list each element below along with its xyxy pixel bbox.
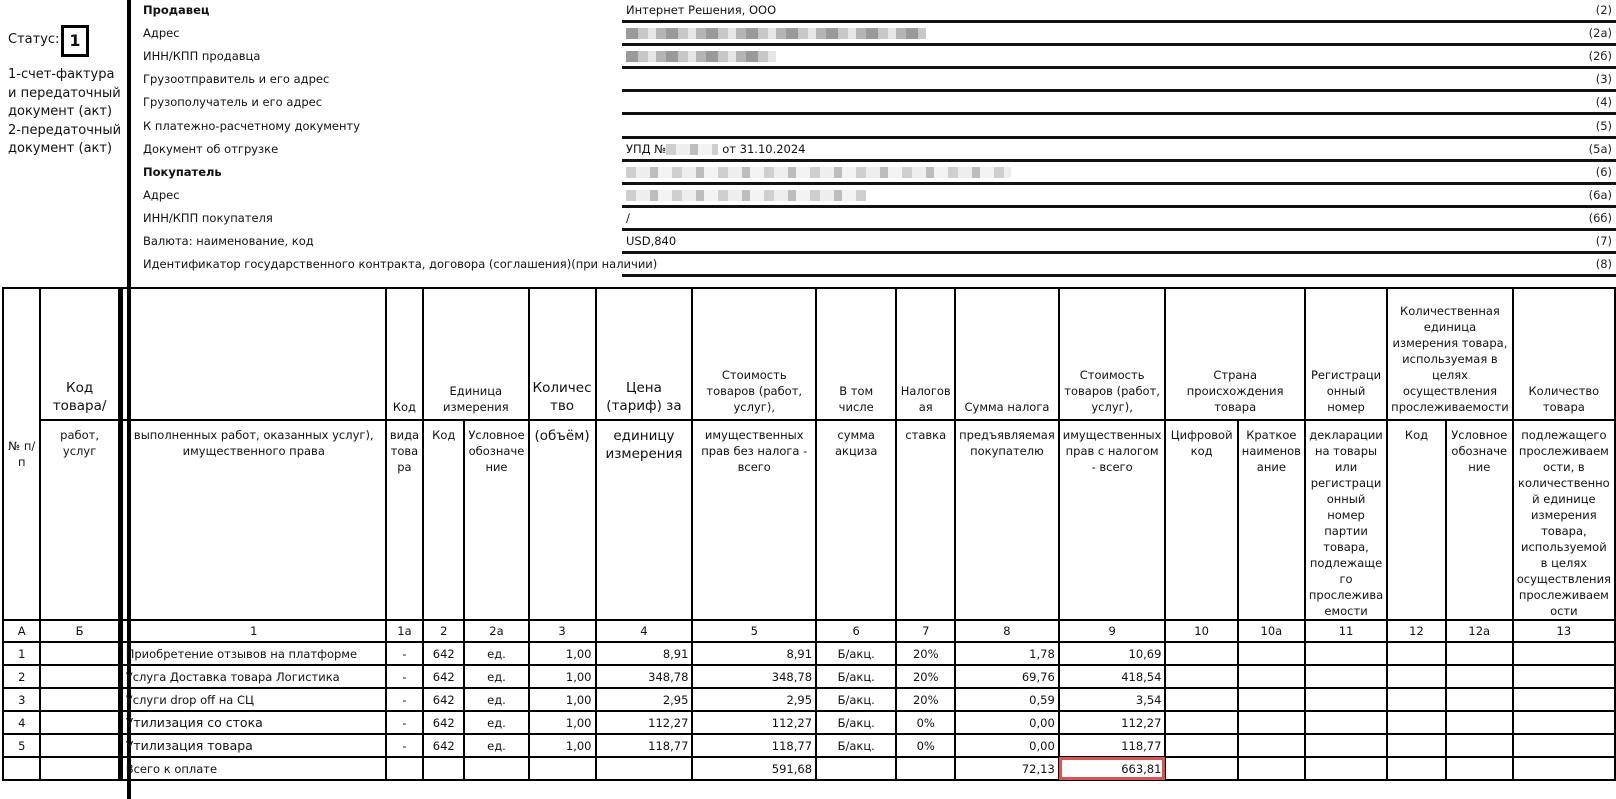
header-field-code: (2б)	[1589, 49, 1612, 63]
table-row: 1Приобретение отзывов на платформе-642ед…	[3, 642, 1615, 665]
header-field-code: (6б)	[1589, 211, 1612, 225]
table-row: 3Услуги drop off на СЦ-642ед.1,002,952,9…	[3, 688, 1615, 711]
cell-empty	[816, 757, 896, 780]
cell-tax: 0,59	[955, 688, 1059, 711]
cell-empty	[1513, 642, 1615, 665]
status-label: Статус:	[8, 32, 59, 47]
cell-name: Утилизация со стока	[120, 711, 386, 734]
cell-qty: 1,00	[529, 688, 596, 711]
cell-code	[40, 711, 120, 734]
totals-row: Всего к оплате591,6872,13663,81	[3, 757, 1615, 780]
header-unit-group: Единица измерения	[423, 288, 528, 420]
cell-empty	[1165, 642, 1237, 665]
header-price-top: Цена (тариф) за	[596, 288, 693, 420]
redacted-value	[626, 190, 866, 201]
header-field-value: Интернет Решения, ООО	[626, 3, 776, 17]
cell-empty	[596, 757, 693, 780]
header-field-label: К платежно-расчетному документу	[143, 119, 360, 133]
cell-empty	[3, 757, 40, 780]
cell-empty	[1513, 734, 1615, 757]
header-field-row: Покупатель(6)	[131, 162, 1616, 186]
header-qty-top: Количес тво	[529, 288, 596, 420]
cell-price: 2,95	[596, 688, 693, 711]
status-description: 1-счет-фактура и передаточный документ (…	[8, 66, 128, 159]
header-country-group: Страна происхождения товара	[1165, 288, 1304, 420]
cell-total: 10,69	[1059, 642, 1166, 665]
cell-code	[40, 688, 120, 711]
cell-excise: Б/акц.	[816, 642, 896, 665]
header-field-label: Документ об отгрузке	[143, 142, 278, 156]
cell-empty	[1238, 734, 1305, 757]
cell-empty	[1387, 642, 1446, 665]
status-desc-line: документ (акт)	[8, 140, 128, 159]
column-number-cell: 1	[120, 620, 386, 642]
header-field-code: (5а)	[1589, 142, 1612, 156]
cell-empty	[1238, 711, 1305, 734]
cell-unit-code: 642	[423, 711, 464, 734]
cell-unit-code: 642	[423, 688, 464, 711]
header-field-row: Валюта: наименование, кодUSD,840(7)	[131, 231, 1616, 255]
cell-empty	[40, 757, 120, 780]
header-field-code: (2)	[1596, 3, 1612, 17]
header-tax-top: Сумма налога	[955, 288, 1059, 420]
redacted-value	[626, 28, 926, 39]
status-value-box: 1	[61, 25, 89, 57]
header-product-code-top: Код товара/	[40, 288, 120, 420]
header-field-row: Документ об отгрузкеУПД №от 31.10.2024(5…	[131, 139, 1616, 163]
cell-rate: 20%	[896, 688, 955, 711]
cell-empty	[1305, 734, 1387, 757]
cell-empty	[1305, 757, 1387, 780]
header-rate-bottom: ставка	[896, 420, 955, 620]
totals-label: Всего к оплате	[120, 757, 386, 780]
header-name-top	[120, 288, 386, 420]
cell-kind: -	[386, 688, 423, 711]
cell-rate: 0%	[896, 711, 955, 734]
header-field-code: (2а)	[1589, 26, 1612, 40]
header-traceqty-bottom: подлежащего прослеживаем ости, в количес…	[1513, 420, 1615, 620]
column-number-cell: 13	[1513, 620, 1615, 642]
header-kind-bottom: вида това ра	[386, 420, 423, 620]
cell-name: Приобретение отзывов на платформе	[120, 642, 386, 665]
header-field-row: Адрес(6а)	[131, 185, 1616, 209]
header-field-row: Грузоотправитель и его адрес(3)	[131, 69, 1616, 93]
cell-unit: ед.	[464, 688, 528, 711]
header-unit-code: Код	[423, 420, 464, 620]
header-field-value	[626, 165, 1011, 179]
cell-empty	[1165, 757, 1237, 780]
cell-unit: ед.	[464, 665, 528, 688]
cell-cost: 8,91	[692, 642, 816, 665]
cell-empty	[1387, 665, 1446, 688]
cell-empty	[1165, 688, 1237, 711]
column-number-cell: 10а	[1238, 620, 1305, 642]
header-field-value	[626, 188, 866, 202]
header-field-row: Идентификатор государственного контракта…	[131, 254, 1616, 278]
status-desc-line: 2-передаточный	[8, 122, 128, 141]
cell-empty	[1446, 642, 1513, 665]
header-country-code: Цифровой код	[1165, 420, 1237, 620]
column-number-cell: 6	[816, 620, 896, 642]
total-cost-without-tax: 591,68	[692, 757, 816, 780]
header-rate-top: Налогов ая	[896, 288, 955, 420]
column-number-cell: Б	[40, 620, 120, 642]
cell-rate: 20%	[896, 642, 955, 665]
total-amount-due: 663,81	[1059, 757, 1166, 780]
cell-excise: Б/акц.	[816, 665, 896, 688]
cell-empty	[1305, 711, 1387, 734]
cell-unit-code: 642	[423, 642, 464, 665]
header-field-code: (7)	[1596, 234, 1612, 248]
column-number-cell: 3	[529, 620, 596, 642]
header-field-label: ИНН/КПП продавца	[143, 49, 260, 63]
column-number-cell: 12	[1387, 620, 1446, 642]
header-trace-code: Код	[1387, 420, 1446, 620]
column-number-cell: А	[3, 620, 40, 642]
table-row: 2Услуга Доставка товара Логистика-642ед.…	[3, 665, 1615, 688]
cell-n: 2	[3, 665, 40, 688]
redacted-value	[666, 144, 718, 155]
cell-tax: 0,00	[955, 711, 1059, 734]
header-field-label: Покупатель	[143, 165, 222, 179]
cell-kind: -	[386, 665, 423, 688]
table-row: 4Утилизация со стока-642ед.1,00112,27112…	[3, 711, 1615, 734]
cell-rate: 20%	[896, 665, 955, 688]
header-country-name: Краткое наименов ание	[1238, 420, 1305, 620]
cell-empty	[896, 757, 955, 780]
cell-total: 118,77	[1059, 734, 1166, 757]
table-body: АБ11а22а34567891010а111212а13 1Приобрете…	[3, 620, 1615, 780]
cell-qty: 1,00	[529, 642, 596, 665]
cell-unit: ед.	[464, 642, 528, 665]
header-product-code-bottom: работ, услуг	[40, 420, 120, 620]
cell-empty	[464, 757, 528, 780]
header-costtax-top: Стоимость товаров (работ, услуг),	[1059, 288, 1166, 420]
cell-unit: ед.	[464, 734, 528, 757]
cell-price: 8,91	[596, 642, 693, 665]
cell-empty	[1305, 665, 1387, 688]
cell-empty	[1446, 688, 1513, 711]
header-field-value	[626, 26, 926, 40]
cell-n: 5	[3, 734, 40, 757]
cell-cost: 348,78	[692, 665, 816, 688]
column-number-cell: 9	[1059, 620, 1166, 642]
cell-unit-code: 642	[423, 665, 464, 688]
cell-empty	[1305, 642, 1387, 665]
cell-empty	[1387, 688, 1446, 711]
header-field-label: Грузополучатель и его адрес	[143, 95, 322, 109]
cell-price: 348,78	[596, 665, 693, 688]
cell-empty	[1238, 757, 1305, 780]
header-field-label: Продавец	[143, 3, 209, 17]
cell-n: 3	[3, 688, 40, 711]
cell-excise: Б/акц.	[816, 711, 896, 734]
header-excise-top: В том числе	[816, 288, 896, 420]
cell-name: Услуги drop off на СЦ	[120, 688, 386, 711]
cell-price: 112,27	[596, 711, 693, 734]
column-number-cell: 1а	[386, 620, 423, 642]
column-number-cell: 2	[423, 620, 464, 642]
header-traceqty-top: Количество товара	[1513, 288, 1615, 420]
cell-empty	[1238, 665, 1305, 688]
header-trace-symbol: Условное обозначе ние	[1446, 420, 1513, 620]
header-field-underline	[622, 274, 1616, 277]
cell-total: 112,27	[1059, 711, 1166, 734]
status-desc-line: и передаточный	[8, 85, 128, 104]
header-field-label: Идентификатор государственного контракта…	[143, 257, 657, 271]
column-number-cell: 10	[1165, 620, 1237, 642]
header-cost-bottom: имущественных прав без налога - всего	[692, 420, 816, 620]
cell-qty: 1,00	[529, 734, 596, 757]
status-desc-line: документ (акт)	[8, 103, 128, 122]
document-number-prefix: УПД №	[626, 142, 666, 156]
cell-n: 1	[3, 642, 40, 665]
cell-code	[40, 642, 120, 665]
cell-empty	[1513, 688, 1615, 711]
cell-name: Услуга Доставка товара Логистика	[120, 665, 386, 688]
header-field-code: (6)	[1596, 165, 1612, 179]
cell-empty	[386, 757, 423, 780]
cell-empty	[1513, 665, 1615, 688]
cell-empty	[1446, 734, 1513, 757]
header-field-row: ПродавецИнтернет Решения, ООО(2)	[131, 0, 1616, 24]
redacted-value	[626, 51, 776, 62]
document-date: от 31.10.2024	[722, 142, 805, 156]
cell-tax: 69,76	[955, 665, 1059, 688]
column-number-cell: 4	[596, 620, 693, 642]
cell-kind: -	[386, 711, 423, 734]
cell-empty	[1387, 734, 1446, 757]
cell-empty	[1238, 688, 1305, 711]
column-number-row: АБ11а22а34567891010а111212а13	[3, 620, 1615, 642]
header-qty-bottom: (объём)	[529, 420, 596, 620]
cell-rate: 0%	[896, 734, 955, 757]
table-row: 5Утилизация товара-642ед.1,00118,77118,7…	[3, 734, 1615, 757]
header-reg-top: Регистраци онный номер	[1305, 288, 1387, 420]
cell-qty: 1,00	[529, 665, 596, 688]
cell-empty	[1165, 711, 1237, 734]
cell-empty	[1165, 734, 1237, 757]
cell-code	[40, 665, 120, 688]
cell-empty	[1165, 665, 1237, 688]
header-kind-top: Код	[386, 288, 423, 420]
header-field-value	[626, 49, 776, 63]
cell-kind: -	[386, 734, 423, 757]
cell-kind: -	[386, 642, 423, 665]
header-reg-bottom: декларации на товары или регистраци онны…	[1305, 420, 1387, 620]
cell-total: 418,54	[1059, 665, 1166, 688]
cell-empty	[1513, 757, 1615, 780]
cell-empty	[1513, 711, 1615, 734]
column-number-cell: 12а	[1446, 620, 1513, 642]
header-tax-bottom: предъявляемая покупателю	[955, 420, 1059, 620]
column-number-cell: 11	[1305, 620, 1387, 642]
cell-empty	[529, 757, 596, 780]
cell-n: 4	[3, 711, 40, 734]
total-tax: 72,13	[955, 757, 1059, 780]
header-field-value: USD,840	[626, 234, 676, 248]
column-number-cell: 2а	[464, 620, 528, 642]
column-number-cell: 5	[692, 620, 816, 642]
cell-tax: 0,00	[955, 734, 1059, 757]
cell-empty	[1387, 757, 1446, 780]
cell-empty	[1446, 711, 1513, 734]
header-excise-bottom: сумма акциза	[816, 420, 896, 620]
cell-excise: Б/акц.	[816, 688, 896, 711]
header-price-bottom: единицу измерения	[596, 420, 693, 620]
cell-cost: 118,77	[692, 734, 816, 757]
cell-cost: 112,27	[692, 711, 816, 734]
header-field-label: Валюта: наименование, код	[143, 234, 314, 248]
cell-unit-code: 642	[423, 734, 464, 757]
header-trace-group: Количественная единица измерения товара,…	[1387, 288, 1513, 420]
column-number-cell: 7	[896, 620, 955, 642]
header-field-value: УПД №от 31.10.2024	[626, 142, 806, 156]
cell-name: Утилизация товара	[120, 734, 386, 757]
cell-price: 118,77	[596, 734, 693, 757]
cell-empty	[1387, 711, 1446, 734]
header-field-row: ИНН/КПП покупателя/(6б)	[131, 208, 1616, 232]
cell-total: 3,54	[1059, 688, 1166, 711]
header-field-code: (3)	[1596, 72, 1612, 86]
cell-empty	[1446, 757, 1513, 780]
header-field-code: (6а)	[1589, 188, 1612, 202]
cell-code	[40, 734, 120, 757]
cell-qty: 1,00	[529, 711, 596, 734]
cell-excise: Б/акц.	[816, 734, 896, 757]
header-field-row: К платежно-расчетному документу(5)	[131, 116, 1616, 140]
column-number-cell: 8	[955, 620, 1059, 642]
cell-empty	[1305, 688, 1387, 711]
header-field-code: (8)	[1596, 257, 1612, 271]
header-name-bottom: выполненных работ, оказанных услуг), иму…	[120, 420, 386, 620]
header-field-label: Адрес	[143, 188, 180, 202]
cell-cost: 2,95	[692, 688, 816, 711]
cell-unit: ед.	[464, 711, 528, 734]
header-field-label: ИНН/КПП покупателя	[143, 211, 273, 225]
cell-empty	[1446, 665, 1513, 688]
cell-tax: 1,78	[955, 642, 1059, 665]
header-field-label: Грузоотправитель и его адрес	[143, 72, 329, 86]
redacted-value	[626, 167, 1011, 178]
header-costtax-bottom: имущественных прав с налогом - всего	[1059, 420, 1166, 620]
header-field-code: (4)	[1596, 95, 1612, 109]
header-field-row: Грузополучатель и его адрес(4)	[131, 92, 1616, 116]
invoice-table: № п/п Код товара/ Код Единица измерения …	[2, 287, 1616, 781]
header-field-label: Адрес	[143, 26, 180, 40]
status-desc-line: 1-счет-фактура	[8, 66, 128, 85]
cell-empty	[1238, 642, 1305, 665]
header-field-row: ИНН/КПП продавца(2б)	[131, 46, 1616, 70]
header-row-number: № п/п	[3, 288, 40, 620]
header-field-code: (5)	[1596, 119, 1612, 133]
header-cost-top: Стоимость товаров (работ, услуг),	[692, 288, 816, 420]
header-field-value: /	[626, 211, 630, 225]
header-field-row: Адрес(2а)	[131, 23, 1616, 47]
cell-empty	[423, 757, 464, 780]
header-unit-symbol: Условное обозначе ние	[464, 420, 528, 620]
